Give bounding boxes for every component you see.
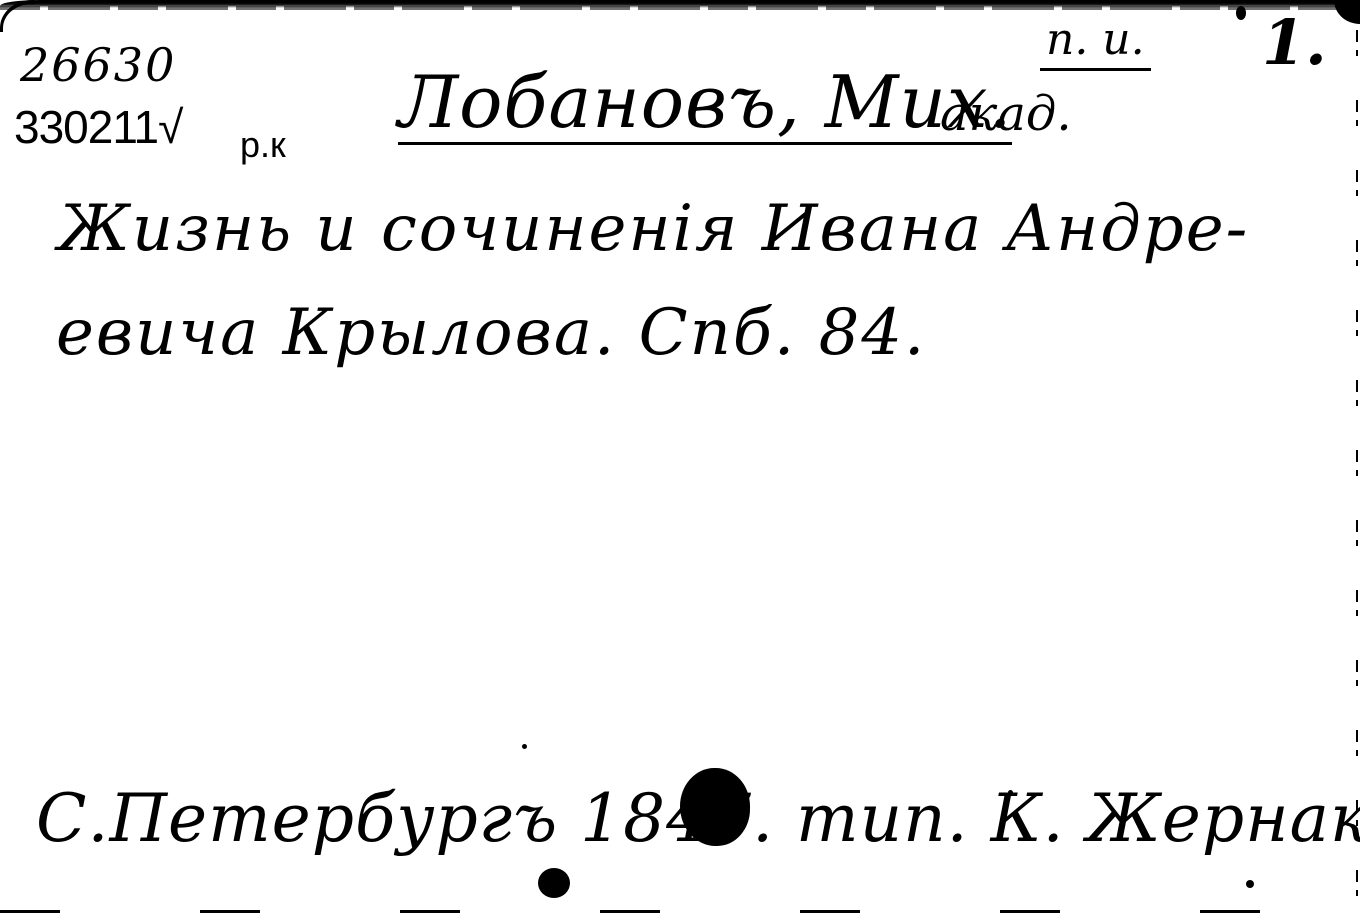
ink-speck xyxy=(1246,880,1254,888)
card-top-edge-scan xyxy=(0,6,1360,10)
call-number: 330211√ xyxy=(14,100,182,154)
check-mark-icon: √ xyxy=(158,101,182,153)
ink-speck xyxy=(1008,790,1013,795)
volume-number: 1. xyxy=(1262,6,1327,79)
catalog-card: 26630 330211√ р.к Лобановъ, Мих. акад. п… xyxy=(0,0,1360,913)
shelf-mark: п. и. xyxy=(1040,12,1151,71)
card-corner-top-right xyxy=(1334,0,1360,24)
title-line-2: евича Крылова. Спб. 84. xyxy=(56,296,926,370)
collection-mark: р.к xyxy=(240,124,286,166)
ink-blot xyxy=(680,768,750,846)
ink-blot-small xyxy=(538,868,570,898)
ink-speck xyxy=(522,744,527,749)
ink-speck xyxy=(1236,6,1246,20)
author-title: акад. xyxy=(940,86,1072,142)
call-number-digits: 330211 xyxy=(14,101,158,153)
title-line-1: Жизнь и сочиненія Ивана Андре- xyxy=(58,192,1249,266)
author-name: Лобановъ, Мих. xyxy=(398,62,1012,145)
card-right-edge xyxy=(1356,30,1358,900)
inventory-number: 26630 xyxy=(20,38,176,92)
